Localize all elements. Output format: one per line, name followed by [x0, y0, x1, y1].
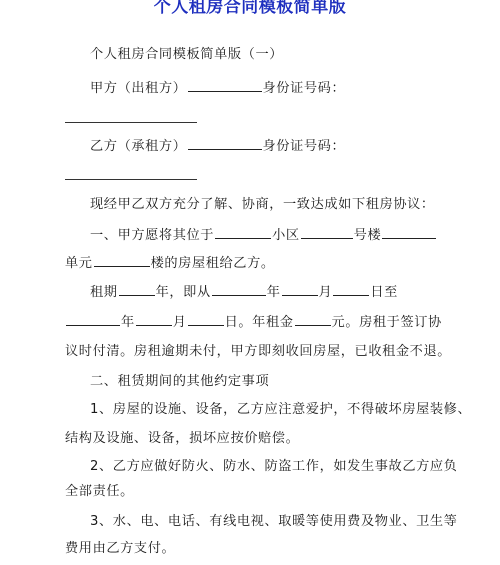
- start-day-blank: [333, 283, 369, 296]
- lease-text-2: 年，即从: [156, 285, 211, 300]
- lease-text-9: 元。房租于签订协: [332, 315, 442, 330]
- lease-text-3: 年: [267, 285, 281, 300]
- location-blank: [215, 226, 271, 239]
- item3-line1: 3、水、电、电话、有线电视、取暖等使用费及物业、卫生等: [90, 513, 457, 531]
- lease-line2: 年月日。年租金元。房租于签订协: [65, 313, 442, 332]
- annual-rent-blank: [295, 313, 331, 326]
- party-b-id-label: 身份证号码：: [263, 139, 346, 154]
- section2-heading: 二、租赁期间的其他约定事项: [90, 373, 269, 391]
- lease-text-8: 日。年租金: [225, 315, 294, 330]
- party-a-id-blank: [65, 122, 197, 123]
- clause1-text-3: 号楼: [354, 228, 382, 243]
- clause1-line2: 单元楼的房屋租给乙方。: [65, 254, 275, 273]
- document-subtitle: 个人租房合同模板简单版（一）: [90, 46, 283, 64]
- intro-paragraph: 现经甲乙双方充分了解、协商，一致达成如下租房协议：: [90, 196, 435, 214]
- party-a-name-blank: [188, 79, 262, 92]
- building-blank: [382, 226, 436, 239]
- lease-text-6: 年: [121, 315, 135, 330]
- lease-years-blank: [119, 283, 155, 296]
- end-year-blank: [66, 313, 120, 326]
- clause1-text-4: 单元: [65, 256, 93, 271]
- unit-blank: [94, 254, 150, 267]
- item1-line2: 结构及设施、设备，损坏应按价赔偿。: [65, 430, 299, 448]
- end-day-blank: [188, 313, 224, 326]
- lease-line3: 议时付清。房租逾期未付，甲方即刻收回房屋，已收租金不退。: [65, 343, 451, 361]
- party-b-id-blank: [65, 179, 197, 180]
- lease-text-1: 租期: [90, 285, 118, 300]
- start-month-blank: [282, 283, 318, 296]
- document-title: 个人租房合同模板简单版: [0, 0, 500, 17]
- start-year-blank: [212, 283, 266, 296]
- clause1-text-2: 小区: [272, 228, 300, 243]
- lease-text-7: 月: [173, 315, 187, 330]
- party-a-id-label: 身份证号码：: [263, 81, 346, 96]
- item2-line1: 2、乙方应做好防火、防水、防盗工作，如发生事故乙方应负: [90, 458, 457, 476]
- end-month-blank: [136, 313, 172, 326]
- lease-text-4: 月: [319, 285, 333, 300]
- item1-line1: 1、房屋的设施、设备，乙方应注意爱护，不得破坏房屋装修、: [90, 401, 471, 419]
- clause1-text-5: 楼的房屋租给乙方。: [151, 256, 275, 271]
- party-b-name-blank: [188, 137, 262, 150]
- clause1-line1: 一、甲方愿将其位于小区号楼: [90, 226, 437, 245]
- community-blank: [301, 226, 353, 239]
- party-a-line: 甲方（出租方）身份证号码：: [90, 79, 345, 98]
- item2-line2: 全部责任。: [65, 483, 134, 501]
- item3-line2: 费用由乙方支付。: [65, 540, 175, 558]
- lease-line1: 租期年，即从年月日至: [90, 283, 398, 302]
- party-a-label: 甲方（出租方）: [90, 81, 187, 96]
- clause1-text-1: 一、甲方愿将其位于: [90, 228, 214, 243]
- party-b-line: 乙方（承租方）身份证号码：: [90, 137, 345, 156]
- lease-text-5: 日至: [370, 285, 398, 300]
- party-b-label: 乙方（承租方）: [90, 139, 187, 154]
